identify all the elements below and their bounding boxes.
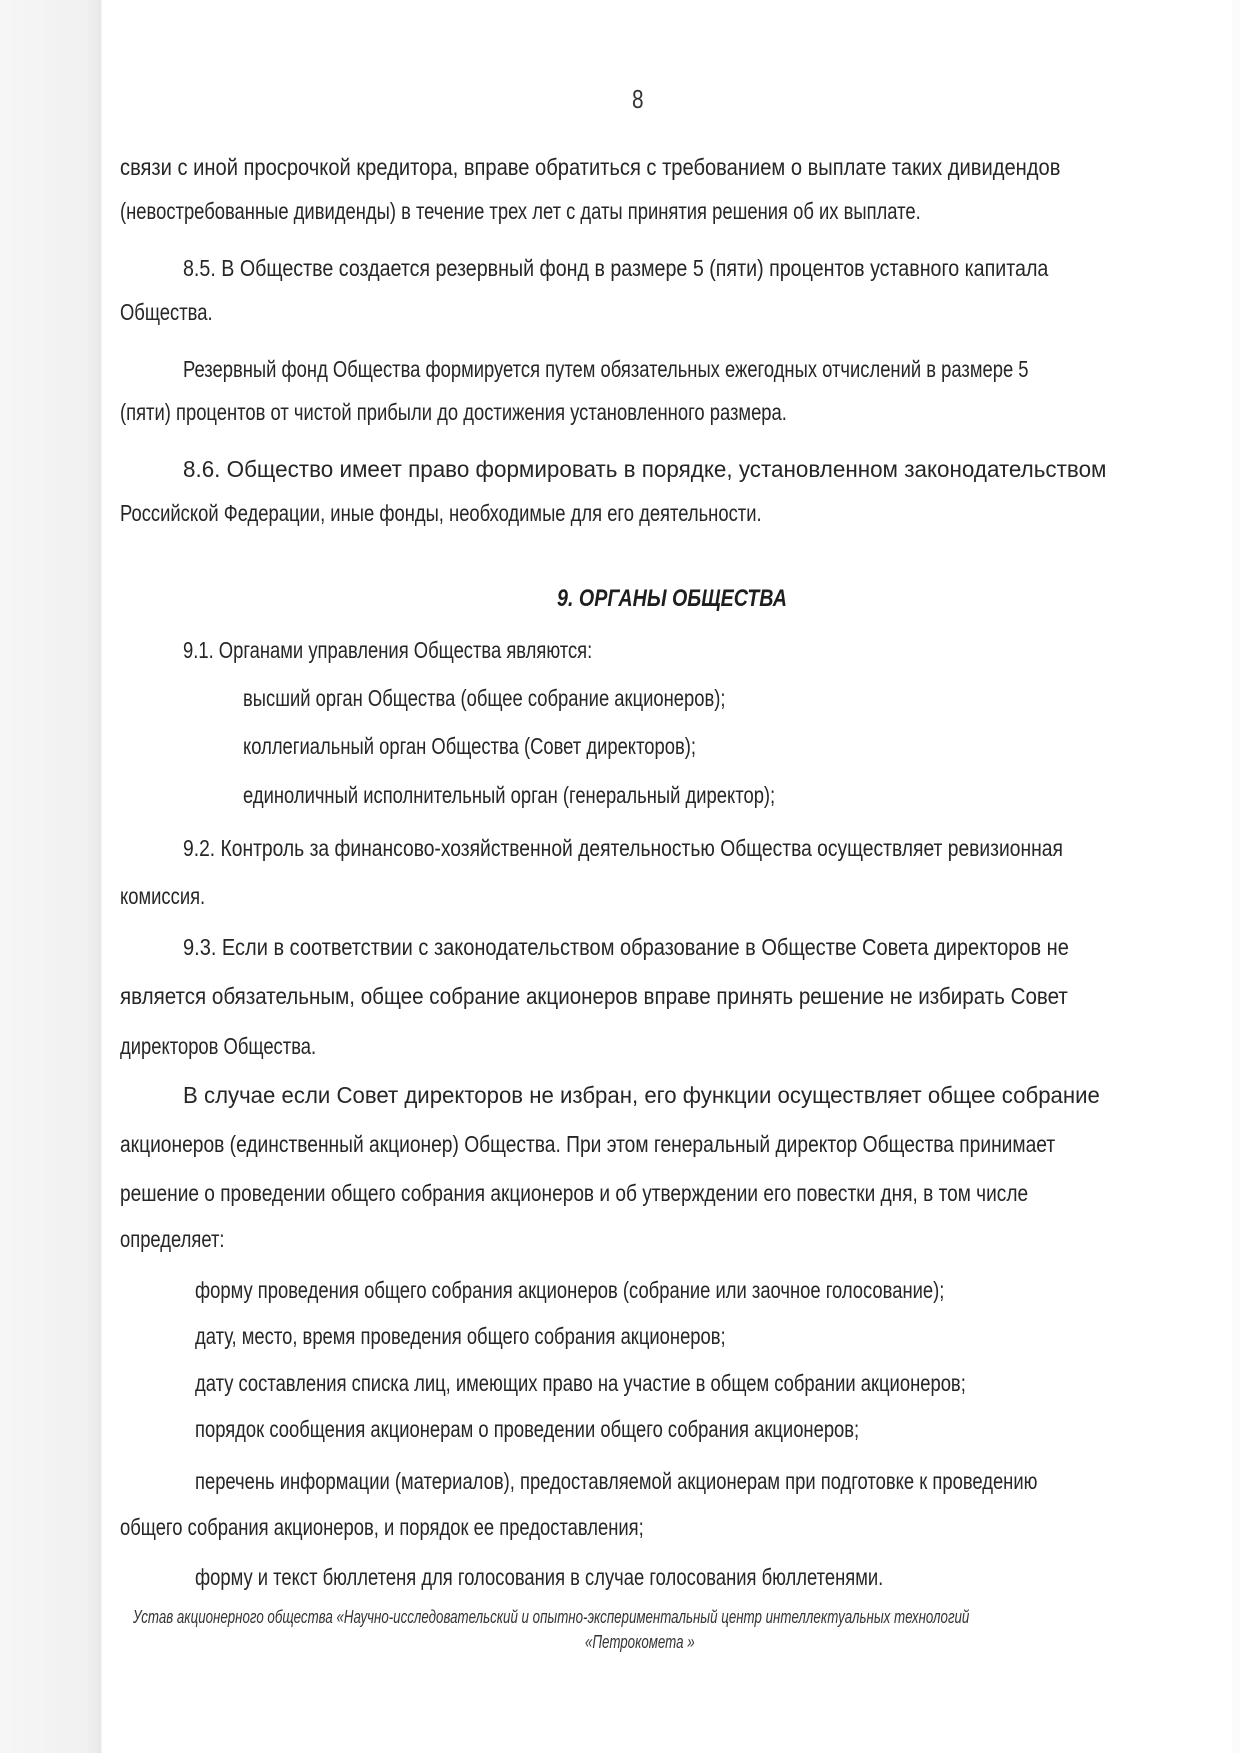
clause-9-3-line-2: является обязательным, общее собрание ак… (120, 982, 1068, 1010)
paragraph-continuation-line-1: связи с иной просрочкой кредитора, вправ… (120, 153, 1060, 181)
scan-bleed-margin (0, 0, 100, 1753)
clause-9-1-intro: 9.1. Органами управления Общества являют… (183, 636, 592, 664)
determines-item: дату составления списка лиц, имеющих пра… (195, 1369, 966, 1397)
no-board-case-line-3: решение о проведении общего собрания акц… (120, 1179, 1028, 1207)
determines-item: форму проведения общего собрания акционе… (195, 1276, 944, 1304)
clause-8-5-line-1: 8.5. В Обществе создается резервный фонд… (183, 254, 1048, 282)
clause-9-2-line-1: 9.2. Контроль за финансово-хозяйственной… (183, 834, 1063, 862)
no-board-case-line-4: определяет: (120, 1225, 224, 1253)
materials-line-1: перечень информации (материалов), предос… (195, 1467, 1037, 1495)
page-edge-shadow (99, 0, 102, 1753)
paragraph-continuation-line-2: (невостребованные дивиденды) в течение т… (120, 197, 921, 225)
clause-8-6-line-1: 8.6. Общество имеет право формировать в … (183, 455, 1106, 483)
clause-9-2-line-2: комиссия. (120, 882, 205, 910)
reserve-fund-line-1: Резервный фонд Общества формируется путе… (183, 355, 1029, 383)
clause-9-3-line-3: директоров Общества. (120, 1032, 316, 1060)
clause-8-6-line-2: Российской Федерации, иные фонды, необхо… (120, 499, 762, 527)
clause-8-5-line-2: Общества. (120, 298, 213, 326)
governing-body-item: единоличный исполнительный орган (генера… (243, 781, 775, 809)
materials-line-2: общего собрания акционеров, и порядок ее… (120, 1513, 644, 1541)
ballot-item: форму и текст бюллетеня для голосования … (195, 1563, 883, 1591)
determines-item: дату, место, время проведения общего соб… (195, 1322, 726, 1350)
determines-item: порядок сообщения акционерам о проведени… (195, 1415, 859, 1443)
section-heading: 9. ОРГАНЫ ОБЩЕСТВА (557, 585, 787, 613)
governing-body-item: высший орган Общества (общее собрание ак… (243, 684, 726, 712)
footer-company-name: «Петрокомета » (585, 1632, 695, 1653)
page-number: 8 (632, 84, 644, 115)
no-board-case-line-1: В случае если Совет директоров не избран… (183, 1081, 1100, 1109)
clause-9-3-line-1: 9.3. Если в соответствии с законодательс… (183, 933, 1069, 961)
no-board-case-line-2: акционеров (единственный акционер) Общес… (120, 1130, 1055, 1158)
reserve-fund-line-2: (пяти) процентов от чистой прибыли до до… (120, 398, 787, 426)
governing-body-item: коллегиальный орган Общества (Совет дире… (243, 732, 696, 760)
footer-charter-title: Устав акционерного общества «Научно-иссл… (133, 1607, 969, 1628)
page-right-edge (1232, 0, 1240, 1753)
